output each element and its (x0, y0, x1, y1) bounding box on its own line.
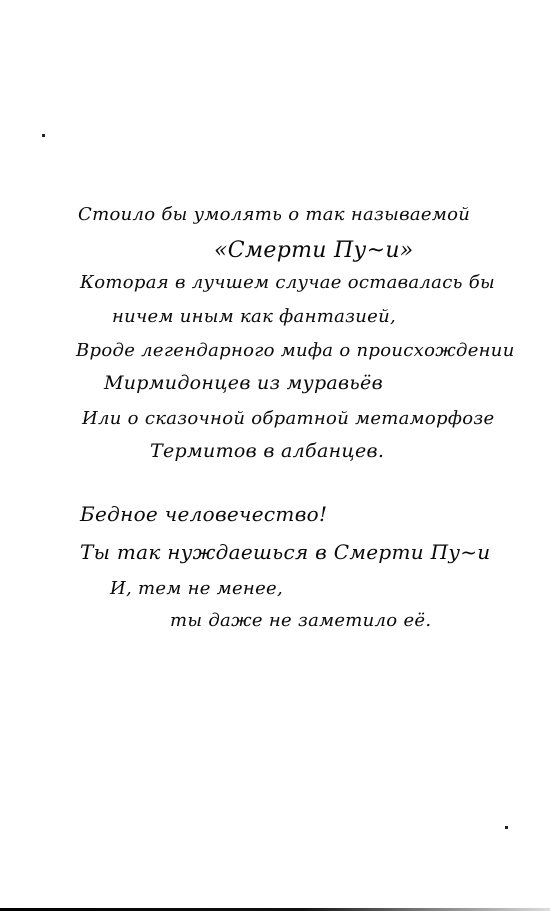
handwritten-poem-page: Стоило бы умолять о так называемой «Смер… (0, 0, 550, 911)
poem-line: Ты так нуждаешься в Смерти Пу~и (80, 540, 490, 564)
poem-line: Вроде легендарного мифа о происхождении (76, 340, 515, 361)
poem-line-title: «Смерти Пу~и» (214, 238, 414, 263)
poem-line: И, тем не менее, (110, 578, 283, 599)
poem-line: Бедное человечество! (80, 502, 327, 526)
poem-line: Или о сказочной обратной метаморфозе (82, 408, 494, 429)
scan-speck (505, 826, 508, 829)
poem-line: Стоило бы умолять о так называемой (78, 204, 470, 225)
poem-line: Мирмидонцев из муравьёв (104, 372, 383, 394)
scan-speck (42, 134, 45, 137)
poem-line: ничем иным как фантазией, (112, 306, 396, 327)
poem-line: ты даже не заметило её. (170, 610, 431, 631)
poem-line: Термитов в албанцев. (150, 440, 384, 462)
poem-line: Которая в лучшем случае оставалась бы (80, 272, 495, 293)
